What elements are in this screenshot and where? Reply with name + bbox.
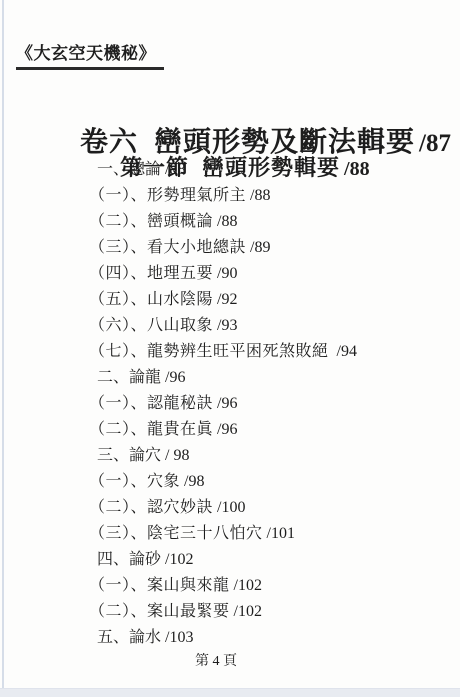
toc-item: （六）、八山取象/93 xyxy=(0,313,460,339)
toc-item-page-number: /94 xyxy=(333,343,357,360)
toc-item: （一）、形勢理氣所主/88 xyxy=(0,183,460,209)
toc-item-label: （三）、看大小地總訣 xyxy=(89,239,246,256)
toc-item-page-number: /96 xyxy=(217,395,237,412)
toc-item-label: （六）、八山取象 xyxy=(89,317,213,334)
toc-item-page-number: /89 xyxy=(250,239,270,256)
toc-item-page-number: /100 xyxy=(217,499,245,516)
toc-item-label: 五、論水 xyxy=(97,629,161,646)
toc-item-page-number: /102 xyxy=(234,603,262,620)
toc-item: 二、論龍/96 xyxy=(0,365,460,391)
toc-item-page-number: /88 xyxy=(217,213,237,230)
toc-item: 四、論砂/102 xyxy=(0,547,460,573)
toc-item: （三）、陰宅三十八怕穴/101 xyxy=(0,521,460,547)
toc-item-page-number: /88 xyxy=(250,187,270,204)
toc-item-label: （四）、地理五要 xyxy=(89,265,213,282)
toc-item: （一）、案山與來龍/102 xyxy=(0,573,460,599)
toc-item: （七）、龍勢辨生旺平困死煞敗絕 /94 xyxy=(0,339,460,365)
scanned-book-page: 《大玄空天機秘》 卷六 巒頭形勢及斷法輯要/87 第一節 巒頭形勢輯要/88 一… xyxy=(0,0,460,697)
toc-item-page-number: /102 xyxy=(234,577,262,594)
footer-page-number: 第 4 頁 xyxy=(0,650,432,670)
toc-item-page-number: /96 xyxy=(165,369,185,386)
toc-item-page-number: /93 xyxy=(217,317,237,334)
toc-item: （二）、案山最緊要/102 xyxy=(0,599,460,625)
toc-item-page-number: /90 xyxy=(217,265,237,282)
toc-item-label: （一）、穴象 xyxy=(89,473,180,490)
toc-item-label: （二）、案山最緊要 xyxy=(89,603,230,620)
toc-item-label: （五）、山水陰陽 xyxy=(89,291,213,308)
toc-item: （一）、穴象/98 xyxy=(0,469,460,495)
toc-item: （四）、地理五要/90 xyxy=(0,261,460,287)
toc-item-page-number: /88 xyxy=(165,161,185,178)
toc-item-page-number: /103 xyxy=(165,629,193,646)
toc-item-label: （一）、形勢理氣所主 xyxy=(89,187,246,204)
toc-item-page-number: /96 xyxy=(217,421,237,438)
scan-bottom-strip xyxy=(0,688,460,697)
toc-item-label: 一、總論 xyxy=(97,161,161,178)
toc-item-label: （七）、龍勢辨生旺平困死煞敗絕 xyxy=(89,343,329,360)
toc-item: 三、論穴/ 98 xyxy=(0,443,460,469)
toc-item: （一）、認龍秘訣/96 xyxy=(0,391,460,417)
toc-item-label: 四、論砂 xyxy=(97,551,161,568)
toc-item: （二）、認穴妙訣/100 xyxy=(0,495,460,521)
toc-item-label: （一）、認龍秘訣 xyxy=(89,395,213,412)
toc-item-label: （一）、案山與來龍 xyxy=(89,577,230,594)
toc-item-page-number: /92 xyxy=(217,291,237,308)
toc-item: （二）、龍貴在眞/96 xyxy=(0,417,460,443)
toc-item-page-number: /101 xyxy=(267,525,295,542)
toc-item-label: 二、論龍 xyxy=(97,369,161,386)
toc-item-label: （三）、陰宅三十八怕穴 xyxy=(89,525,263,542)
toc-item: （二）、巒頭概論/88 xyxy=(0,209,460,235)
toc-list: 一、總論/88（一）、形勢理氣所主/88（二）、巒頭概論/88（三）、看大小地總… xyxy=(0,157,460,651)
book-title-running-head: 《大玄空天機秘》 xyxy=(16,39,164,70)
toc-item-page-number: /102 xyxy=(165,551,193,568)
toc-item: 一、總論/88 xyxy=(0,157,460,183)
toc-item-label: 三、論穴 xyxy=(97,447,161,464)
toc-item-page-number: / 98 xyxy=(165,447,189,464)
toc-item: （五）、山水陰陽/92 xyxy=(0,287,460,313)
toc-item-label: （二）、龍貴在眞 xyxy=(89,421,213,438)
toc-item-page-number: /98 xyxy=(184,473,204,490)
toc-item: 五、論水/103 xyxy=(0,625,460,651)
toc-item-label: （二）、巒頭概論 xyxy=(89,213,213,230)
toc-item-label: （二）、認穴妙訣 xyxy=(89,499,213,516)
toc-item: （三）、看大小地總訣/89 xyxy=(0,235,460,261)
chapter-page-number: /87 xyxy=(419,130,451,157)
